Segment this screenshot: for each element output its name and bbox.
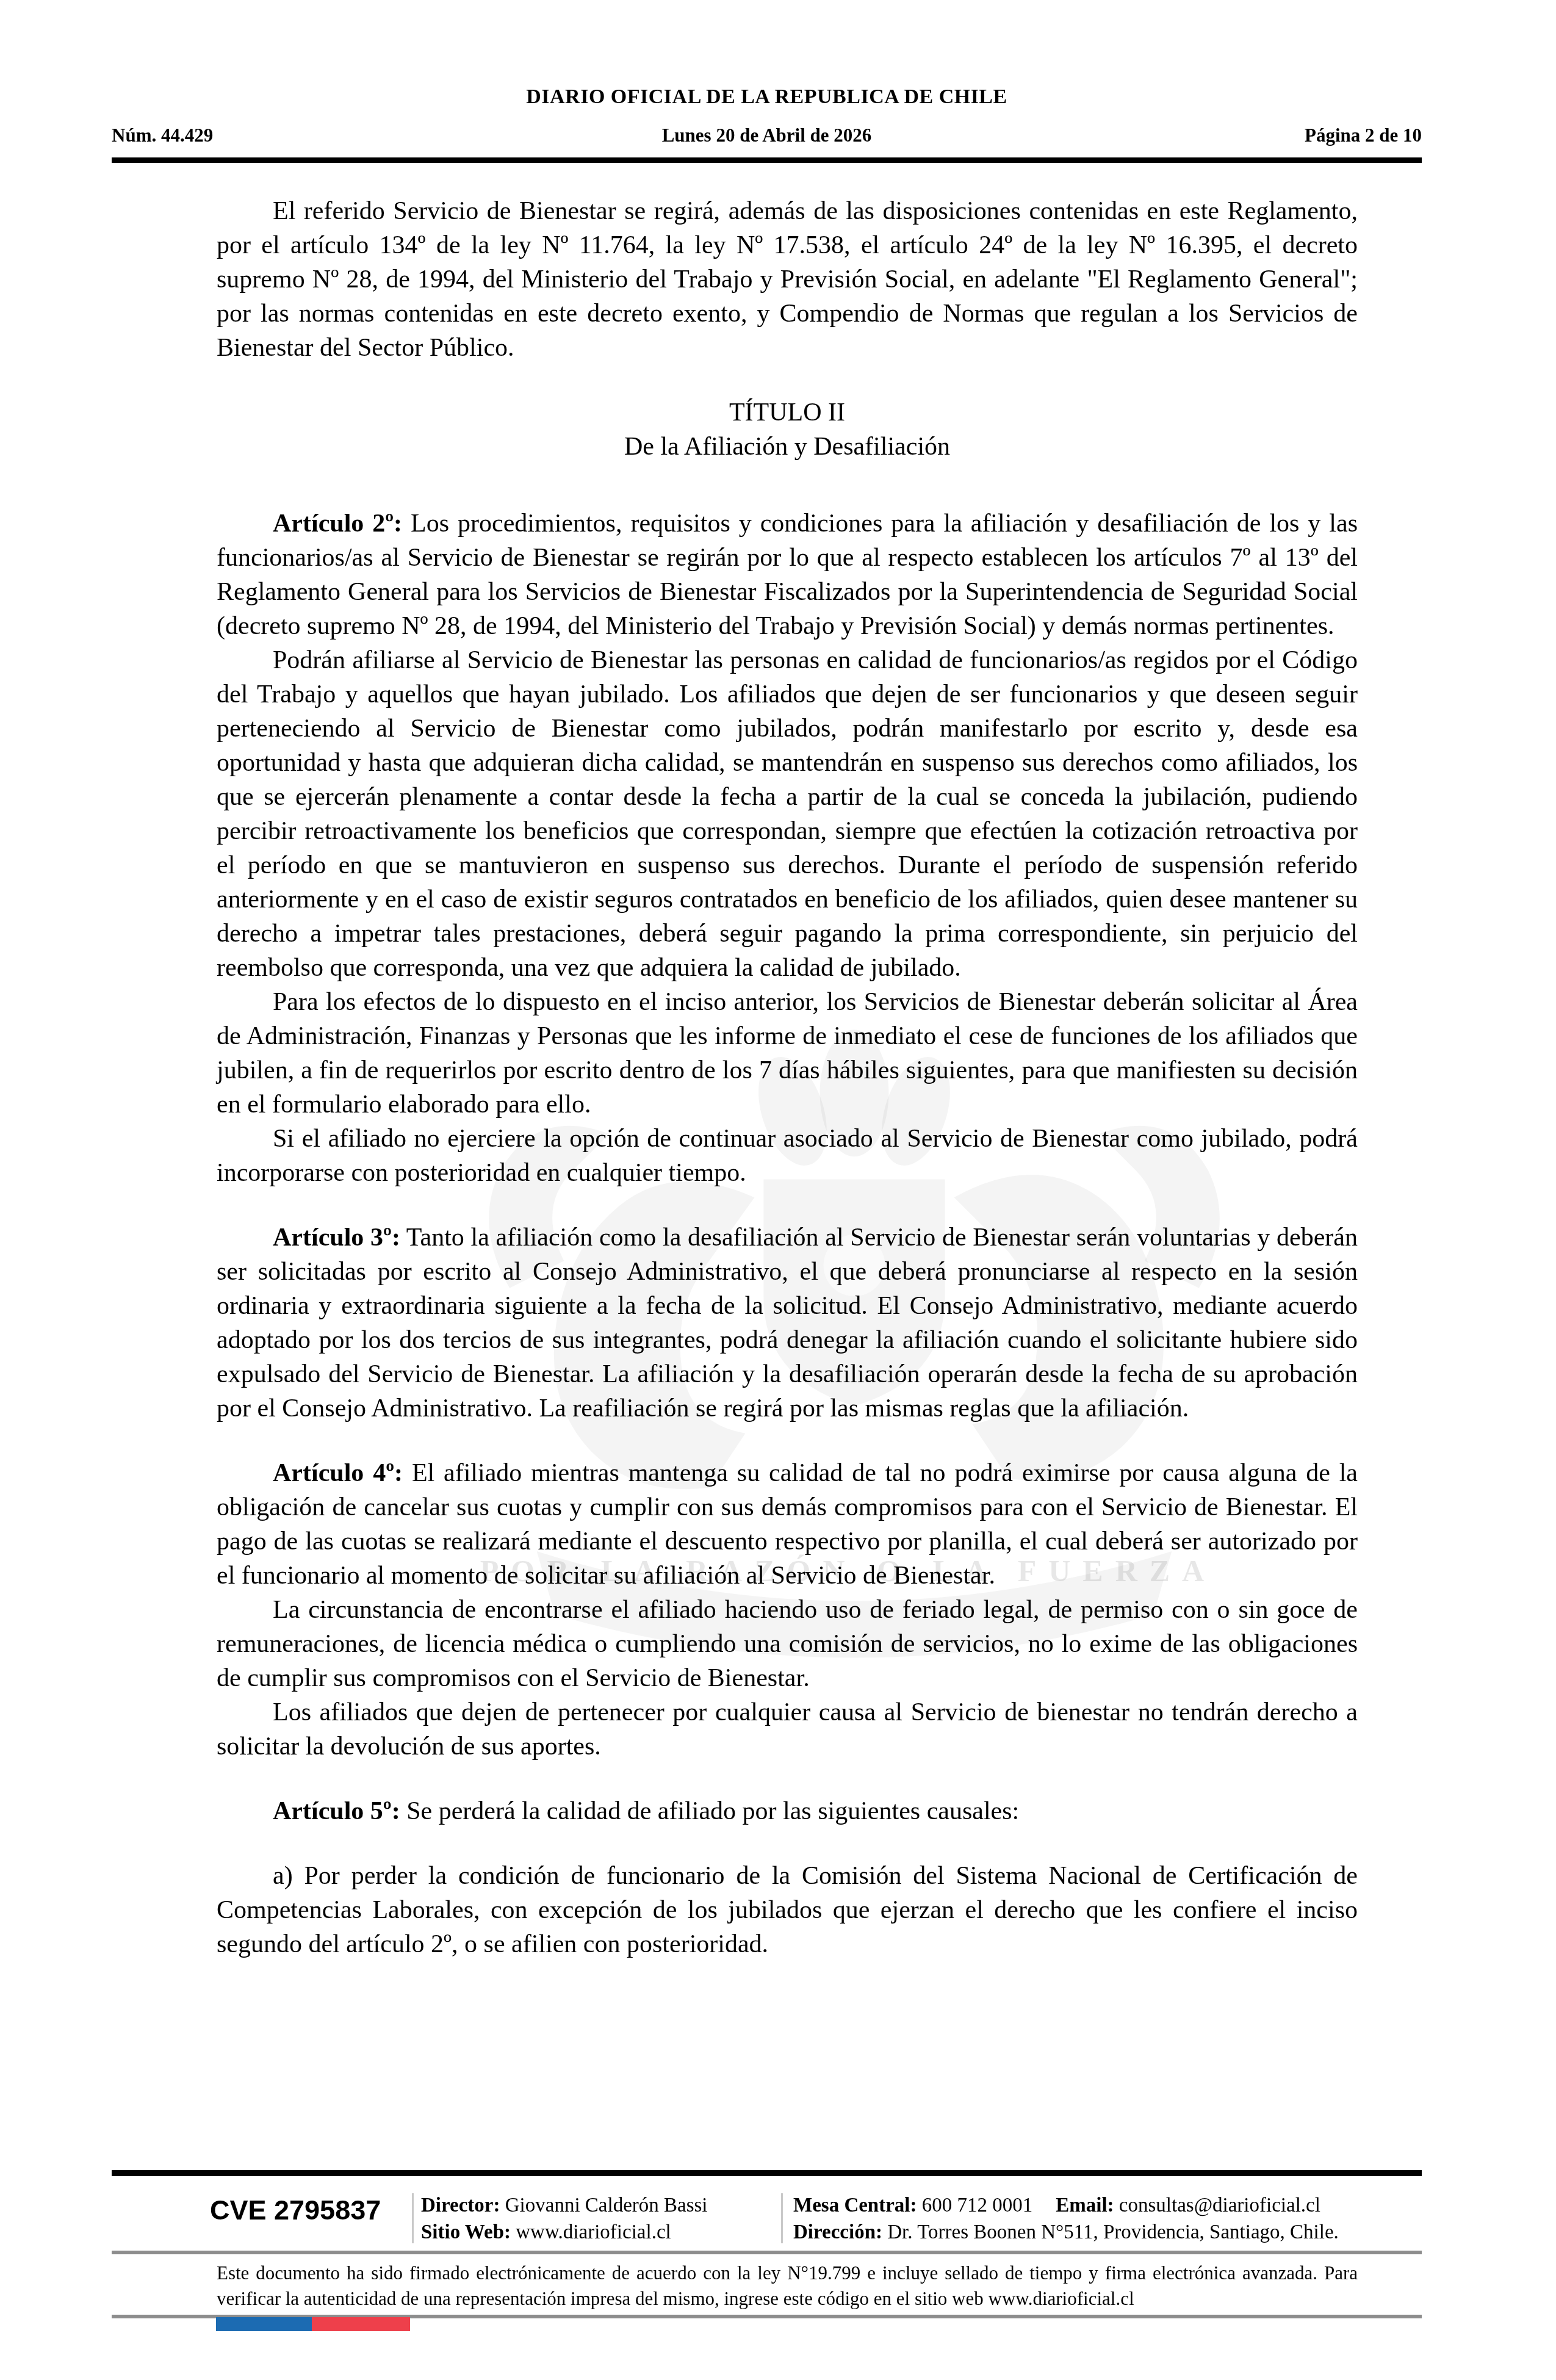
sitio-web-label: Sitio Web: [421, 2221, 511, 2243]
direccion-value: Dr. Torres Boonen N°511, Providencia, Sa… [887, 2221, 1339, 2243]
article-2-paragraph: Artículo 2º: Los procedimientos, requisi… [217, 507, 1358, 643]
footer-top-rule [112, 2170, 1422, 2176]
direccion-label: Dirección: [793, 2221, 882, 2243]
newspaper-title: DIARIO OFICIAL DE LA REPUBLICA DE CHILE [112, 85, 1422, 109]
paragraph-para-los-efectos: Para los efectos de lo dispuesto en el i… [217, 985, 1358, 1122]
article-3-label: Artículo 3º: [273, 1224, 400, 1252]
email-value[interactable]: consultas@diarioficial.cl [1119, 2194, 1320, 2216]
signature-disclaimer: Este documento ha sido firmado electróni… [217, 2260, 1358, 2312]
article-3-text: Tanto la afiliación como la desafiliació… [217, 1224, 1358, 1423]
cve-code: CVE 2795837 [210, 2197, 381, 2224]
footer-contact-column: Mesa Central: 600 712 0001Email: consult… [793, 2192, 1339, 2246]
paragraph-podran-afiliarse: Podrán afiliarse al Servicio de Bienesta… [217, 643, 1358, 985]
flag-blue-segment [216, 2317, 312, 2331]
article-5-text: Se perderá la calidad de afiliado por la… [400, 1797, 1020, 1825]
page-header: DIARIO OFICIAL DE LA REPUBLICA DE CHILE … [112, 85, 1422, 163]
director-label: Director: [421, 2194, 500, 2216]
director-line: Director: Giovanni Calderón Bassi [421, 2192, 708, 2219]
paragraph-la-circunstancia: La circunstancia de encontrarse el afili… [217, 1593, 1358, 1695]
title-block: TÍTULO II De la Afiliación y Desafiliaci… [217, 395, 1358, 464]
email-label: Email: [1056, 2194, 1114, 2216]
sitio-web-line: Sitio Web: www.diarioficial.cl [421, 2219, 708, 2246]
document-body: El referido Servicio de Bienestar se reg… [217, 194, 1358, 1961]
mesa-central-value: 600 712 0001 [922, 2194, 1033, 2216]
section-title: TÍTULO II [217, 395, 1358, 430]
flag-red-segment [312, 2317, 410, 2331]
issue-date: Lunes 20 de Abril de 2026 [112, 124, 1422, 146]
director-value: Giovanni Calderón Bassi [505, 2194, 708, 2216]
footer-middle-rule [112, 2251, 1422, 2254]
page-indicator: Página 2 de 10 [1305, 124, 1422, 146]
article-4-label: Artículo 4º: [273, 1459, 403, 1487]
article-5-paragraph: Artículo 5º: Se perderá la calidad de af… [217, 1794, 1358, 1828]
direccion-line: Dirección: Dr. Torres Boonen N°511, Prov… [793, 2219, 1339, 2246]
footer-divider-2 [781, 2193, 783, 2243]
paragraph-los-afiliados: Los afiliados que dejen de pertenecer po… [217, 1695, 1358, 1764]
article-3-paragraph: Artículo 3º: Tanto la afiliación como la… [217, 1221, 1358, 1426]
chile-flag-bar [216, 2317, 410, 2331]
paragraph-si-el-afiliado: Si el afiliado no ejerciere la opción de… [217, 1122, 1358, 1190]
section-subtitle: De la Afiliación y Desafiliación [217, 430, 1358, 464]
header-rule [112, 157, 1422, 163]
list-item-a: a) Por perder la condición de funcionari… [217, 1859, 1358, 1961]
mesa-central-label: Mesa Central: [793, 2194, 917, 2216]
article-4-paragraph: Artículo 4º: El afiliado mientras manten… [217, 1456, 1358, 1593]
footer-director-column: Director: Giovanni Calderón Bassi Sitio … [421, 2192, 708, 2246]
footer-info-row: CVE 2795837 Director: Giovanni Calderón … [112, 2192, 1422, 2246]
mesa-central-line: Mesa Central: 600 712 0001Email: consult… [793, 2192, 1339, 2219]
masthead-info-row: Núm. 44.429 Lunes 20 de Abril de 2026 Pá… [112, 124, 1422, 149]
footer-divider-1 [412, 2193, 414, 2243]
sitio-web-value[interactable]: www.diarioficial.cl [516, 2221, 671, 2243]
document-page: POR LA RAZÓN O LA FUERZA DIARIO OFICIAL … [0, 0, 1556, 2380]
article-2-label: Artículo 2º: [273, 510, 402, 538]
article-5-label: Artículo 5º: [273, 1797, 400, 1825]
paragraph-intro: El referido Servicio de Bienestar se reg… [217, 194, 1358, 365]
